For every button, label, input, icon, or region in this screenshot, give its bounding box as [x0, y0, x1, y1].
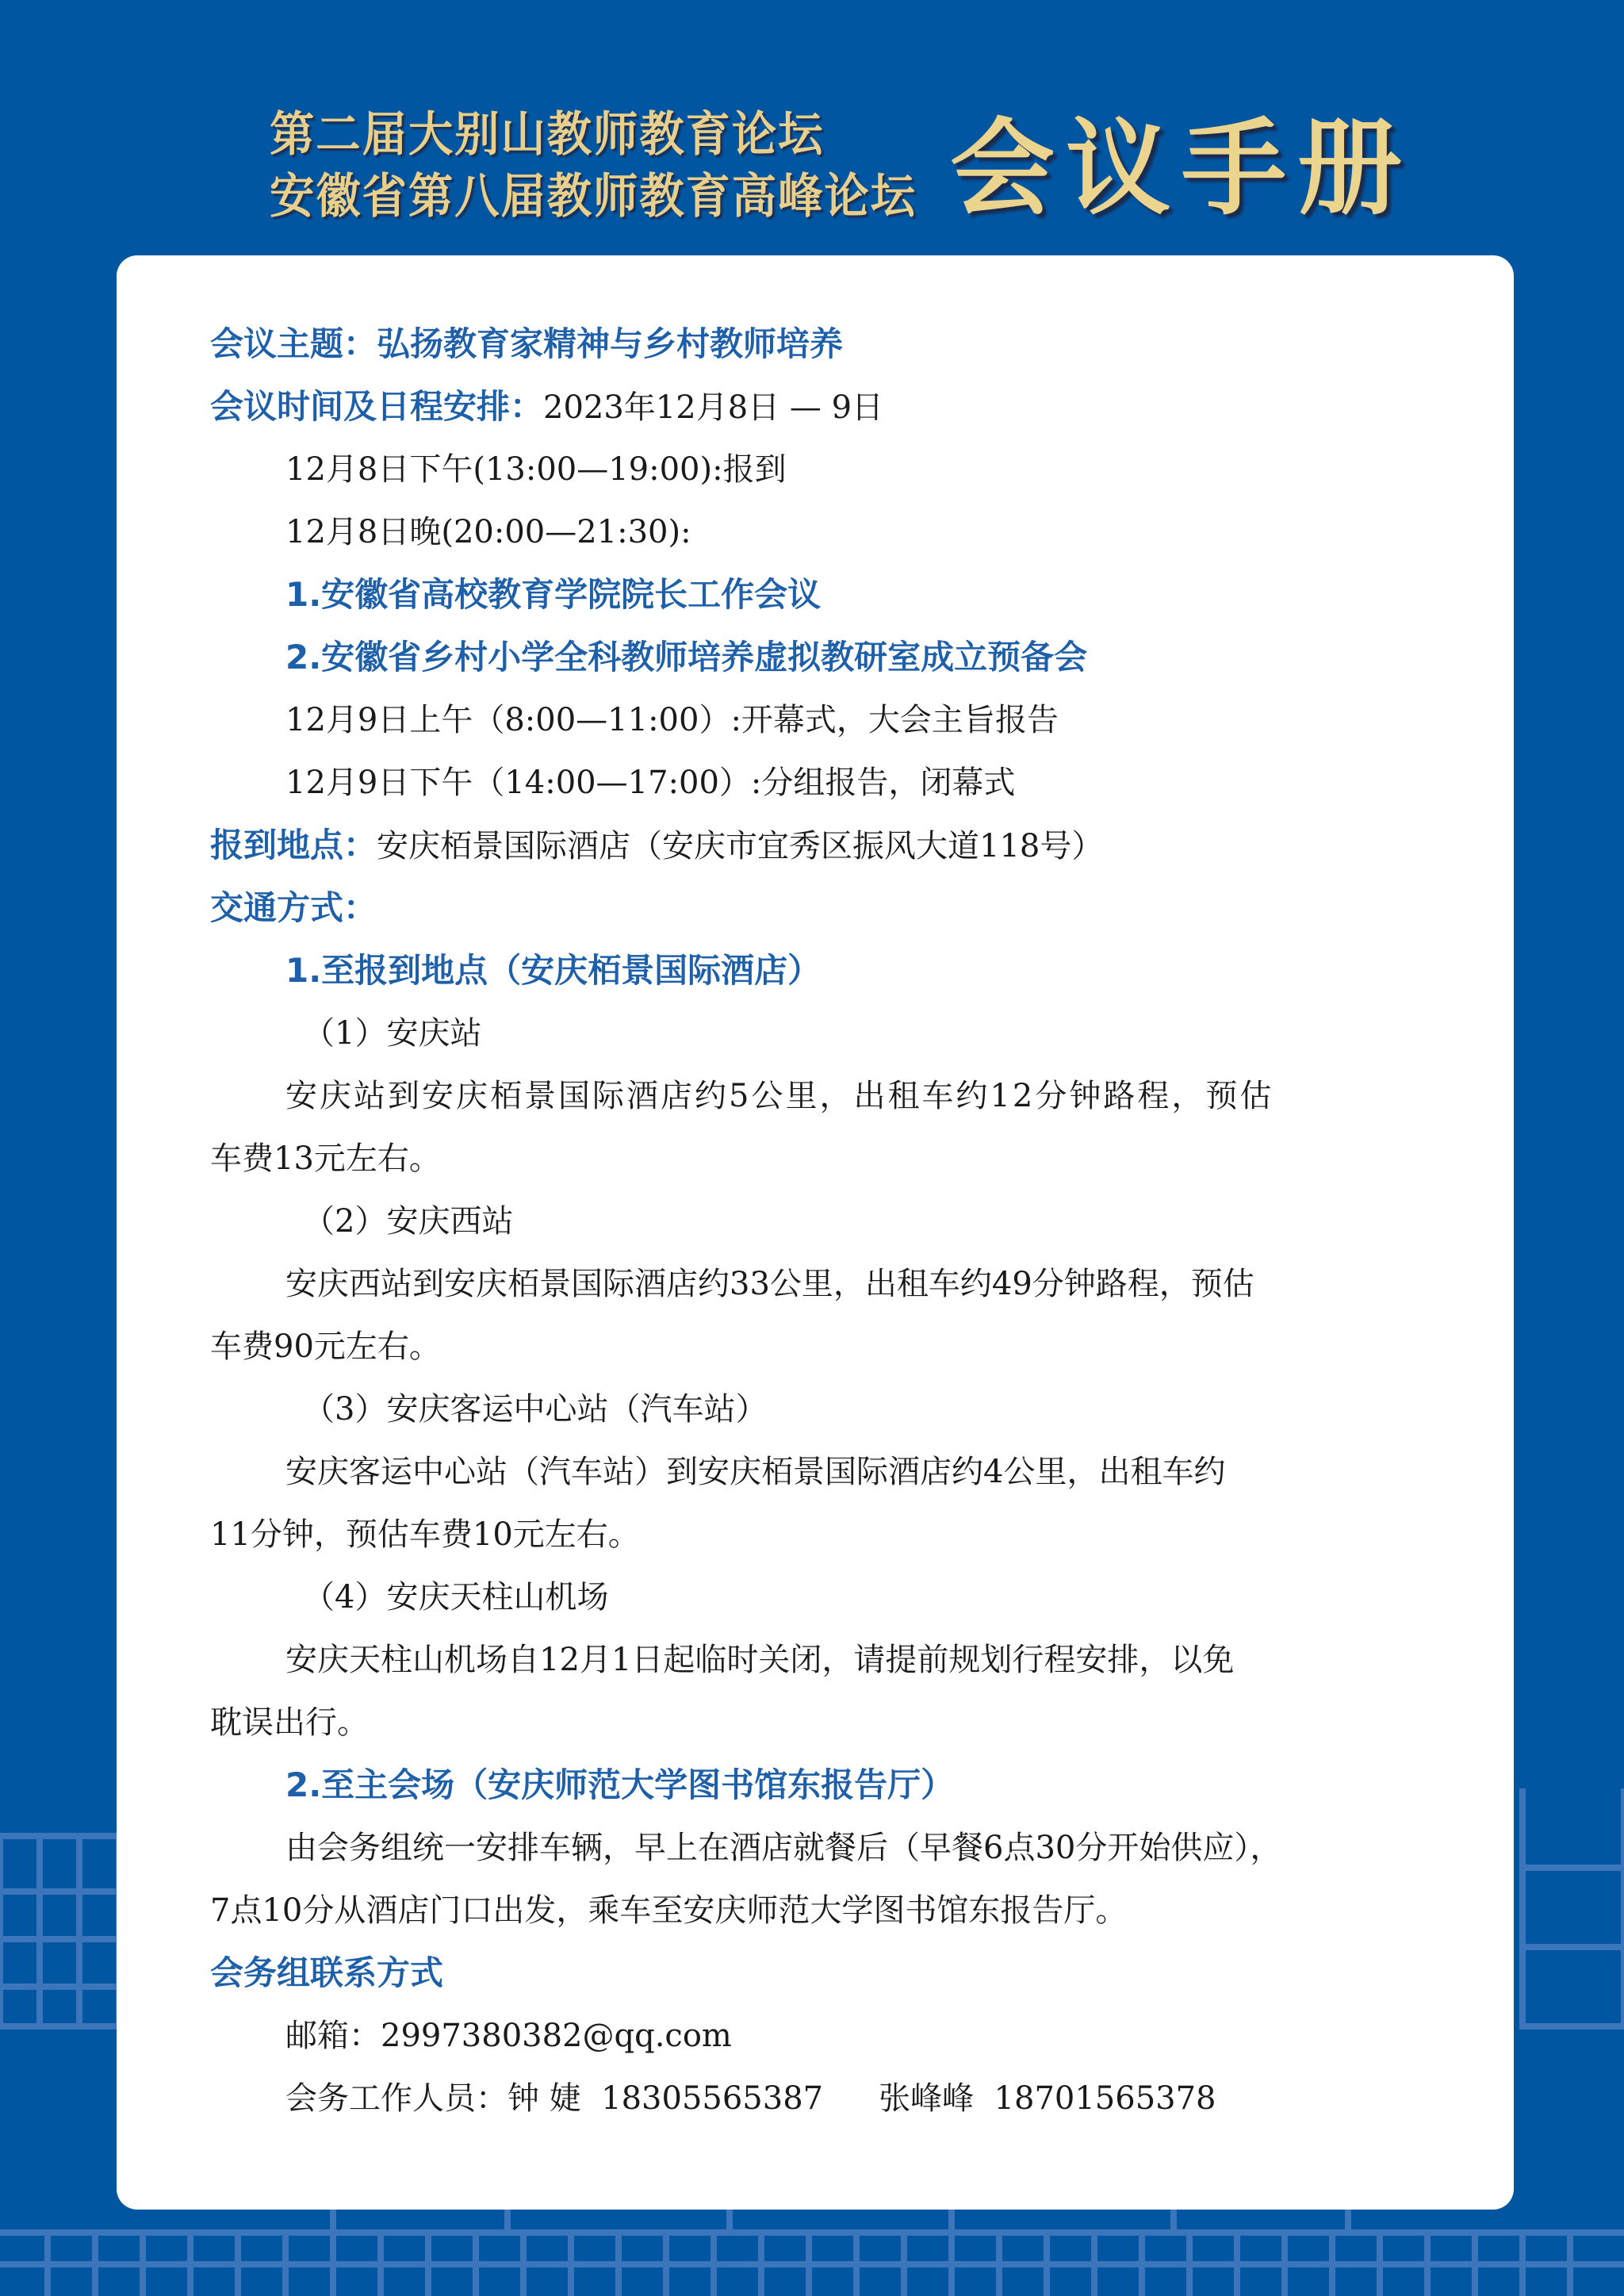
staff-name: 钟 婕	[507, 2080, 581, 2117]
main-venue-text: 由会务组统一安排车辆，早上在酒店就餐后（早餐6点30分开始供应），	[285, 1826, 1281, 1870]
transport-option-text: 车费90元左右。	[210, 1324, 441, 1369]
venue-value: 安庆栢景国际酒店（安庆市宜秀区振风大道118号）	[377, 828, 1103, 864]
venue-label: 报到地点：	[210, 826, 377, 864]
theme-value: 弘扬教育家精神与乡村教师培养	[377, 324, 843, 363]
transport-option-title: （3）安庆客运中心站（汽车站）	[303, 1387, 767, 1432]
staff-phone[interactable]: 18701565378	[994, 2080, 1216, 2117]
main-venue-text: 7点10分从酒店门口出发，乘车至安庆师范大学图书馆东报告厅。	[210, 1888, 1127, 1933]
schedule-row: 会议时间及日程安排：2023年12月8日 — 9日	[210, 385, 883, 430]
evening-meeting-item: 1.安徽省高校教育学院院长工作会议	[285, 573, 821, 617]
schedule-label: 会议时间及日程安排：	[210, 387, 543, 426]
email-row: 邮箱：2997380382@qq.com	[285, 2014, 732, 2058]
content-card: 会议主题：弘扬教育家精神与乡村教师培养 会议时间及日程安排：2023年12月8日…	[117, 255, 1514, 2210]
email-label: 邮箱：	[285, 2018, 381, 2054]
transport-option-text: 安庆站到安庆栢景国际酒店约5公里，出租车约12分钟路程，预估	[285, 1074, 1274, 1118]
transport-option-title: （2）安庆西站	[303, 1199, 513, 1244]
email-address[interactable]: 2997380382@qq.com	[381, 2018, 732, 2054]
forum-title-line2: 安徽省第八届教师教育高峰论坛	[270, 168, 917, 225]
schedule-dates: 2023年12月8日 — 9日	[543, 389, 883, 426]
theme-row: 会议主题：弘扬教育家精神与乡村教师培养	[210, 322, 843, 367]
handbook-title: 会议手册	[950, 109, 1413, 228]
schedule-item: 12月8日晚(20:00—21:30):	[285, 510, 691, 554]
transport-option-text: 11分钟，预估车费10元左右。	[210, 1512, 640, 1557]
staff-row: 会务工作人员：钟 婕 18305565387张峰峰 18701565378	[285, 2076, 1216, 2121]
transport-option-text: 安庆天柱山机场自12月1日起临时关闭，请提前规划行程安排，以免	[285, 1638, 1234, 1682]
transport-option-title: （4）安庆天柱山机场	[303, 1575, 608, 1619]
schedule-item: 12月8日下午(13:00—19:00):报到	[285, 447, 787, 492]
page-header: 第二届大别山教师教育论坛 安徽省第八届教师教育高峰论坛 会议手册	[270, 102, 1396, 236]
staff-label: 会务工作人员：	[285, 2080, 507, 2117]
transport-label: 交通方式：	[210, 886, 377, 930]
transport-option-text: 耽误出行。	[210, 1700, 369, 1745]
to-main-venue-heading: 2.至主会场（安庆师范大学图书馆东报告厅）	[285, 1763, 954, 1807]
transport-option-text: 车费13元左右。	[210, 1137, 441, 1181]
schedule-item: 12月9日上午（8:00—11:00）:开幕式，大会主旨报告	[285, 698, 1059, 742]
forum-title-line1: 第二届大别山教师教育论坛	[270, 106, 824, 163]
transport-option-text: 安庆客运中心站（汽车站）到安庆栢景国际酒店约4公里，出租车约	[285, 1450, 1225, 1494]
venue-row: 报到地点：安庆栢景国际酒店（安庆市宜秀区振风大道118号）	[210, 823, 1103, 868]
transport-option-title: （1）安庆站	[303, 1011, 481, 1056]
to-hotel-heading: 1.至报到地点（安庆栢景国际酒店）	[285, 949, 821, 993]
schedule-item: 12月9日下午（14:00—17:00）:分组报告，闭幕式	[285, 761, 1015, 805]
staff-phone[interactable]: 18305565387	[601, 2080, 823, 2117]
evening-meeting-item: 2.安徽省乡村小学全科教师培养虚拟教研室成立预备会	[285, 635, 1087, 680]
contact-heading: 会务组联系方式	[210, 1951, 443, 1995]
transport-option-text: 安庆西站到安庆栢景国际酒店约33公里，出租车约49分钟路程，预估	[285, 1262, 1254, 1306]
theme-label: 会议主题：	[210, 324, 377, 363]
staff-name: 张峰峰	[879, 2080, 974, 2117]
